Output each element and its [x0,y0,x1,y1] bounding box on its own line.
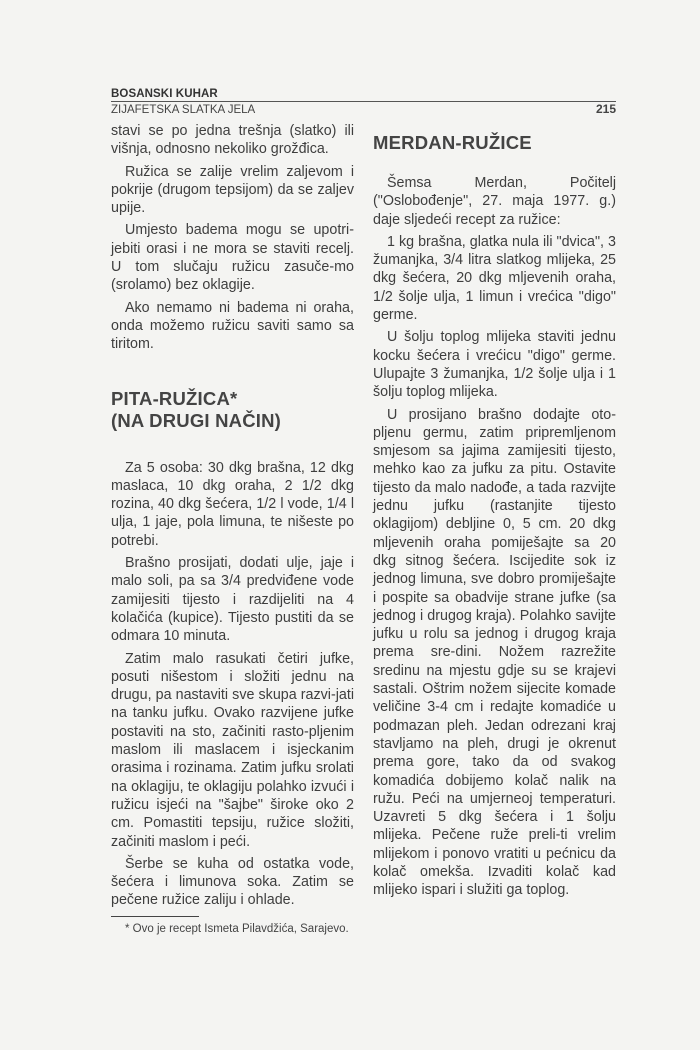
paragraph: Šerbe se kuha od ostatka vode, šećera i … [111,855,354,910]
ingredients-paragraph: 1 kg brašna, glatka nula ili "dvica", 3 … [373,233,616,324]
paragraph: Ako nemamo ni badema ni oraha, onda može… [111,299,354,354]
paragraph: stavi se po jedna trešnja (slatko) ili v… [111,122,354,159]
paragraph: Šemsa Merdan, Počitelj ("Oslobođenje", 2… [373,174,616,229]
book-page: BOSANSKI KUHAR ZIJAFETSKA SLATKA JELA 21… [0,0,700,1050]
footnote-rule [111,916,199,917]
right-column: MERDAN-RUŽICE Šemsa Merdan, Počitelj ("O… [373,122,616,904]
recipe-title-pita-ruzica: PITA-RUŽICA* (NA DRUGI NAČIN) [111,388,354,432]
footnote: * Ovo je recept Ismeta Pilavdžića, Saraj… [111,921,354,937]
paragraph: U šolju toplog mlijeka staviti jednu koc… [373,328,616,401]
recipe-title-merdan-ruzice: MERDAN-RUŽICE [373,132,616,154]
recipe-title-line: PITA-RUŽICA* [111,388,237,409]
paragraph: Brašno prosijati, dodati ulje, jaje i ma… [111,554,354,645]
page-number: 215 [596,102,616,116]
paragraph: Umjesto badema mogu se upotri-jebiti ora… [111,221,354,294]
recipe-title-subtitle: (NA DRUGI NAČIN) [111,410,281,431]
book-title: BOSANSKI KUHAR [111,88,616,101]
ingredients-paragraph: Za 5 osoba: 30 dkg brašna, 12 dkg maslac… [111,459,354,550]
running-header: BOSANSKI KUHAR ZIJAFETSKA SLATKA JELA 21… [111,88,616,117]
paragraph: Zatim malo rasukati četiri jufke, posuti… [111,650,354,851]
section-title: ZIJAFETSKA SLATKA JELA [111,103,255,117]
header-row: ZIJAFETSKA SLATKA JELA 215 [111,102,616,117]
paragraph: Ružica se zalije vrelim zaljevom i pokri… [111,163,354,218]
left-column: stavi se po jedna trešnja (slatko) ili v… [111,122,354,937]
paragraph: U prosijano brašno dodajte oto-pljenu ge… [373,406,616,900]
